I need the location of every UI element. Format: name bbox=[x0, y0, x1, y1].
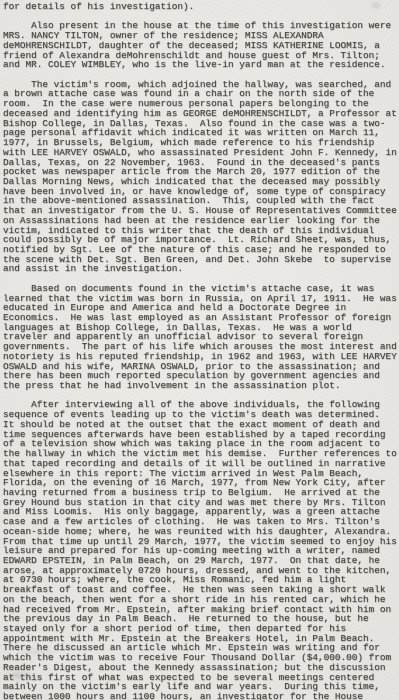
paragraph-continuation: for details of his investigation). bbox=[3, 2, 399, 12]
paragraph-sequence-of-events: After interviewing all of the above indi… bbox=[3, 400, 399, 700]
document-page: for details of his investigation). Also … bbox=[0, 0, 399, 700]
paragraph-persons-present: Also present in the house at the time of… bbox=[3, 21, 399, 70]
paragraph-victim-background: Based on documents found in the victim's… bbox=[3, 284, 399, 391]
paragraph-room-search: The victim's room, which adjoined the ha… bbox=[3, 80, 399, 274]
